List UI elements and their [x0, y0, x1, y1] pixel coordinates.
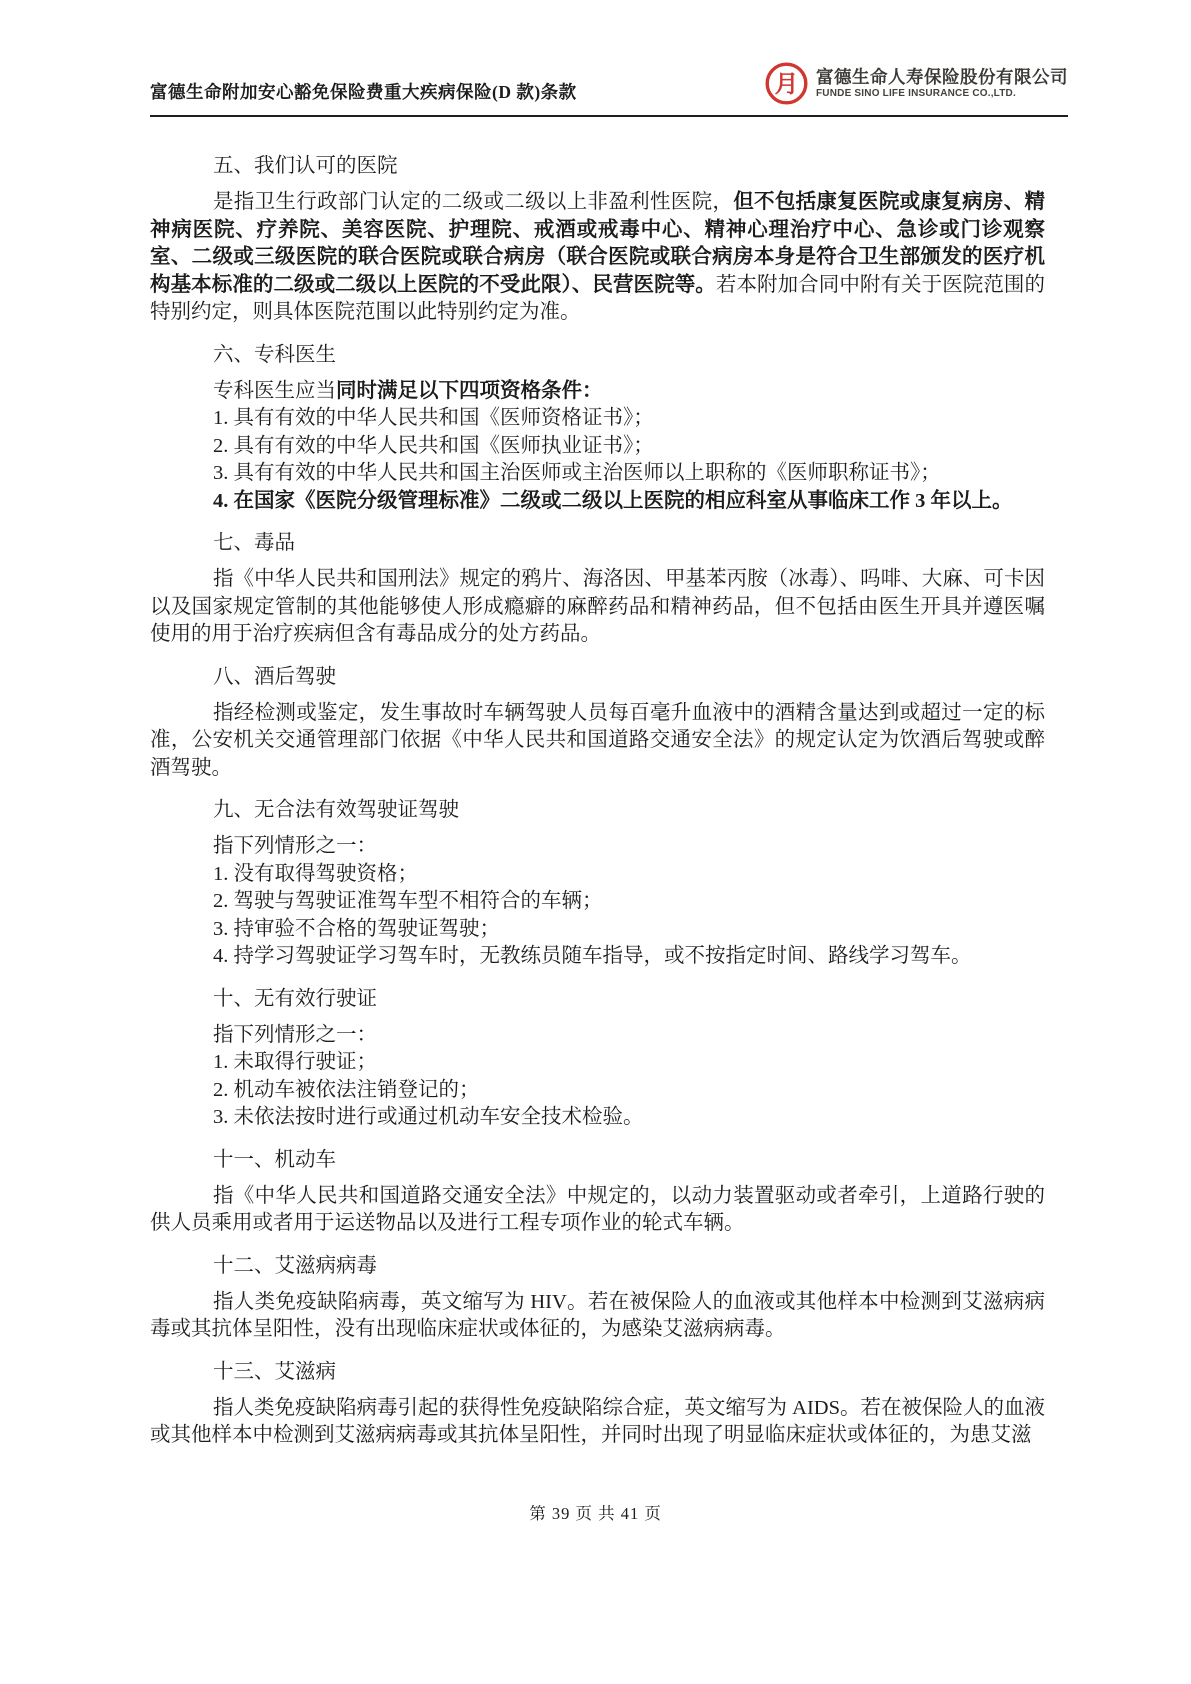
- page-footer: 第 39 页 共 41 页: [0, 1500, 1191, 1524]
- section: 五、我们认可的医院是指卫生行政部门认定的二级或二级以上非盈利性医院，但不包括康复…: [150, 153, 1045, 327]
- list-item: 3. 具有有效的中华人民共和国主治医师或主治医师以上职称的《医师职称证书》；: [150, 460, 1045, 488]
- text-run: 1. 没有取得驾驶资格；: [213, 863, 418, 885]
- paragraph: 指《中华人民共和国刑法》规定的鸦片、海洛因、甲基苯丙胺（冰毒）、吗啡、大麻、可卡…: [150, 566, 1045, 649]
- paragraph: 专科医生应当同时满足以下四项资格条件：: [150, 378, 1045, 406]
- text-run: 指《中华人民共和国刑法》规定的鸦片、海洛因、甲基苯丙胺（冰毒）、吗啡、大麻、可卡…: [150, 568, 1045, 645]
- text-run: 指下列情形之一：: [213, 1024, 377, 1046]
- list-item: 4. 持学习驾驶证学习驾车时，无教练员随车指导，或不按指定时间、路线学习驾车。: [150, 943, 1045, 971]
- paragraph: 指经检测或鉴定，发生事故时车辆驾驶人员每百毫升血液中的酒精含量达到或超过一定的标…: [150, 700, 1045, 783]
- bold-text-run: 4. 在国家《医院分级管理标准》二级或二级以上医院的相应科室从事临床工作 3 年…: [213, 490, 1013, 512]
- section-heading: 五、我们认可的医院: [150, 153, 1045, 180]
- text-run: 3. 未依法按时进行或通过机动车安全技术检验。: [213, 1106, 644, 1128]
- list-item: 1. 未取得行驶证；: [150, 1049, 1045, 1077]
- doc-title: 富德生命附加安心豁免保险费重大疾病保险(D 款)条款: [150, 79, 577, 106]
- text-run: 专科医生应当: [213, 380, 336, 402]
- section-heading: 十、无有效行驶证: [150, 986, 1045, 1013]
- text-run: 是指卫生行政部门认定的二级或二级以上非盈利性医院，: [213, 191, 733, 213]
- text-run: 指《中华人民共和国道路交通安全法》中规定的，以动力装置驱动或者牵引，上道路行驶的…: [150, 1185, 1045, 1235]
- section: 十、无有效行驶证指下列情形之一：1. 未取得行驶证；2. 机动车被依法注销登记的…: [150, 986, 1045, 1132]
- paragraph: 指人类免疫缺陷病毒引起的获得性免疫缺陷综合症，英文缩写为 AIDS。若在被保险人…: [150, 1395, 1045, 1450]
- page-header: 富德生命附加安心豁免保险费重大疾病保险(D 款)条款 月 富德生命人寿保险股份有…: [150, 0, 1068, 117]
- list-item: 3. 未依法按时进行或通过机动车安全技术检验。: [150, 1104, 1045, 1132]
- company-name-block: 富德生命人寿保险股份有限公司 FUNDE SINO LIFE INSURANCE…: [816, 68, 1068, 100]
- bold-text-run: 同时满足以下四项资格条件：: [336, 380, 603, 402]
- paragraph: 是指卫生行政部门认定的二级或二级以上非盈利性医院，但不包括康复医院或康复病房、精…: [150, 189, 1045, 327]
- paragraph: 指下列情形之一：: [150, 833, 1045, 861]
- list-item: 1. 没有取得驾驶资格；: [150, 861, 1045, 889]
- section: 十三、艾滋病指人类免疫缺陷病毒引起的获得性免疫缺陷综合症，英文缩写为 AIDS。…: [150, 1359, 1045, 1450]
- company-name-en: FUNDE SINO LIFE INSURANCE CO.,LTD.: [816, 88, 1068, 99]
- company-name-cn: 富德生命人寿保险股份有限公司: [816, 68, 1068, 88]
- text-run: 1. 具有有效的中华人民共和国《医师资格证书》；: [213, 407, 654, 429]
- section-heading: 八、酒后驾驶: [150, 664, 1045, 691]
- list-item: 2. 具有有效的中华人民共和国《医师执业证书》；: [150, 433, 1045, 461]
- text-run: 2. 机动车被依法注销登记的；: [213, 1079, 480, 1101]
- company-logo: 月 富德生命人寿保险股份有限公司 FUNDE SINO LIFE INSURAN…: [764, 61, 1068, 106]
- document-body: 五、我们认可的医院是指卫生行政部门认定的二级或二级以上非盈利性医院，但不包括康复…: [150, 153, 1045, 1450]
- list-item: 4. 在国家《医院分级管理标准》二级或二级以上医院的相应科室从事临床工作 3 年…: [150, 488, 1045, 516]
- section: 十二、艾滋病病毒指人类免疫缺陷病毒，英文缩写为 HIV。若在被保险人的血液或其他…: [150, 1253, 1045, 1344]
- section: 七、毒品指《中华人民共和国刑法》规定的鸦片、海洛因、甲基苯丙胺（冰毒）、吗啡、大…: [150, 530, 1045, 649]
- document-page: 富德生命附加安心豁免保险费重大疾病保险(D 款)条款 月 富德生命人寿保险股份有…: [0, 0, 1191, 1684]
- text-run: 2. 驾驶与驾驶证准驾车型不相符合的车辆；: [213, 890, 603, 912]
- text-run: 指经检测或鉴定，发生事故时车辆驾驶人员每百毫升血液中的酒精含量达到或超过一定的标…: [150, 702, 1045, 779]
- paragraph: 指《中华人民共和国道路交通安全法》中规定的，以动力装置驱动或者牵引，上道路行驶的…: [150, 1183, 1045, 1238]
- section-heading: 十一、机动车: [150, 1147, 1045, 1174]
- list-item: 2. 驾驶与驾驶证准驾车型不相符合的车辆；: [150, 888, 1045, 916]
- paragraph: 指人类免疫缺陷病毒，英文缩写为 HIV。若在被保险人的血液或其他样本中检测到艾滋…: [150, 1289, 1045, 1344]
- funde-seal-icon: 月: [764, 61, 809, 106]
- paragraph: 指下列情形之一：: [150, 1022, 1045, 1050]
- list-item: 2. 机动车被依法注销登记的；: [150, 1077, 1045, 1105]
- text-run: 指人类免疫缺陷病毒，英文缩写为 HIV。若在被保险人的血液或其他样本中检测到艾滋…: [150, 1291, 1045, 1341]
- section-heading: 七、毒品: [150, 530, 1045, 557]
- svg-text:月: 月: [775, 69, 799, 98]
- text-run: 4. 持学习驾驶证学习驾车时，无教练员随车指导，或不按指定时间、路线学习驾车。: [213, 945, 972, 967]
- text-run: 2. 具有有效的中华人民共和国《医师执业证书》；: [213, 435, 654, 457]
- section: 九、无合法有效驾驶证驾驶指下列情形之一：1. 没有取得驾驶资格；2. 驾驶与驾驶…: [150, 797, 1045, 971]
- list-item: 3. 持审验不合格的驾驶证驾驶；: [150, 916, 1045, 944]
- section-heading: 十三、艾滋病: [150, 1359, 1045, 1386]
- text-run: 指人类免疫缺陷病毒引起的获得性免疫缺陷综合症，英文缩写为 AIDS。若在被保险人…: [150, 1397, 1045, 1447]
- section: 八、酒后驾驶指经检测或鉴定，发生事故时车辆驾驶人员每百毫升血液中的酒精含量达到或…: [150, 664, 1045, 783]
- section: 十一、机动车指《中华人民共和国道路交通安全法》中规定的，以动力装置驱动或者牵引，…: [150, 1147, 1045, 1238]
- text-run: 3. 具有有效的中华人民共和国主治医师或主治医师以上职称的《医师职称证书》；: [213, 462, 941, 484]
- page-number: 第 39 页 共 41 页: [529, 1504, 662, 1523]
- list-item: 1. 具有有效的中华人民共和国《医师资格证书》；: [150, 405, 1045, 433]
- section-heading: 十二、艾滋病病毒: [150, 1253, 1045, 1280]
- section-heading: 九、无合法有效驾驶证驾驶: [150, 797, 1045, 824]
- section: 六、专科医生专科医生应当同时满足以下四项资格条件：1. 具有有效的中华人民共和国…: [150, 342, 1045, 516]
- text-run: 3. 持审验不合格的驾驶证驾驶；: [213, 918, 500, 940]
- section-heading: 六、专科医生: [150, 342, 1045, 369]
- text-run: 指下列情形之一：: [213, 835, 377, 857]
- text-run: 1. 未取得行驶证；: [213, 1051, 377, 1073]
